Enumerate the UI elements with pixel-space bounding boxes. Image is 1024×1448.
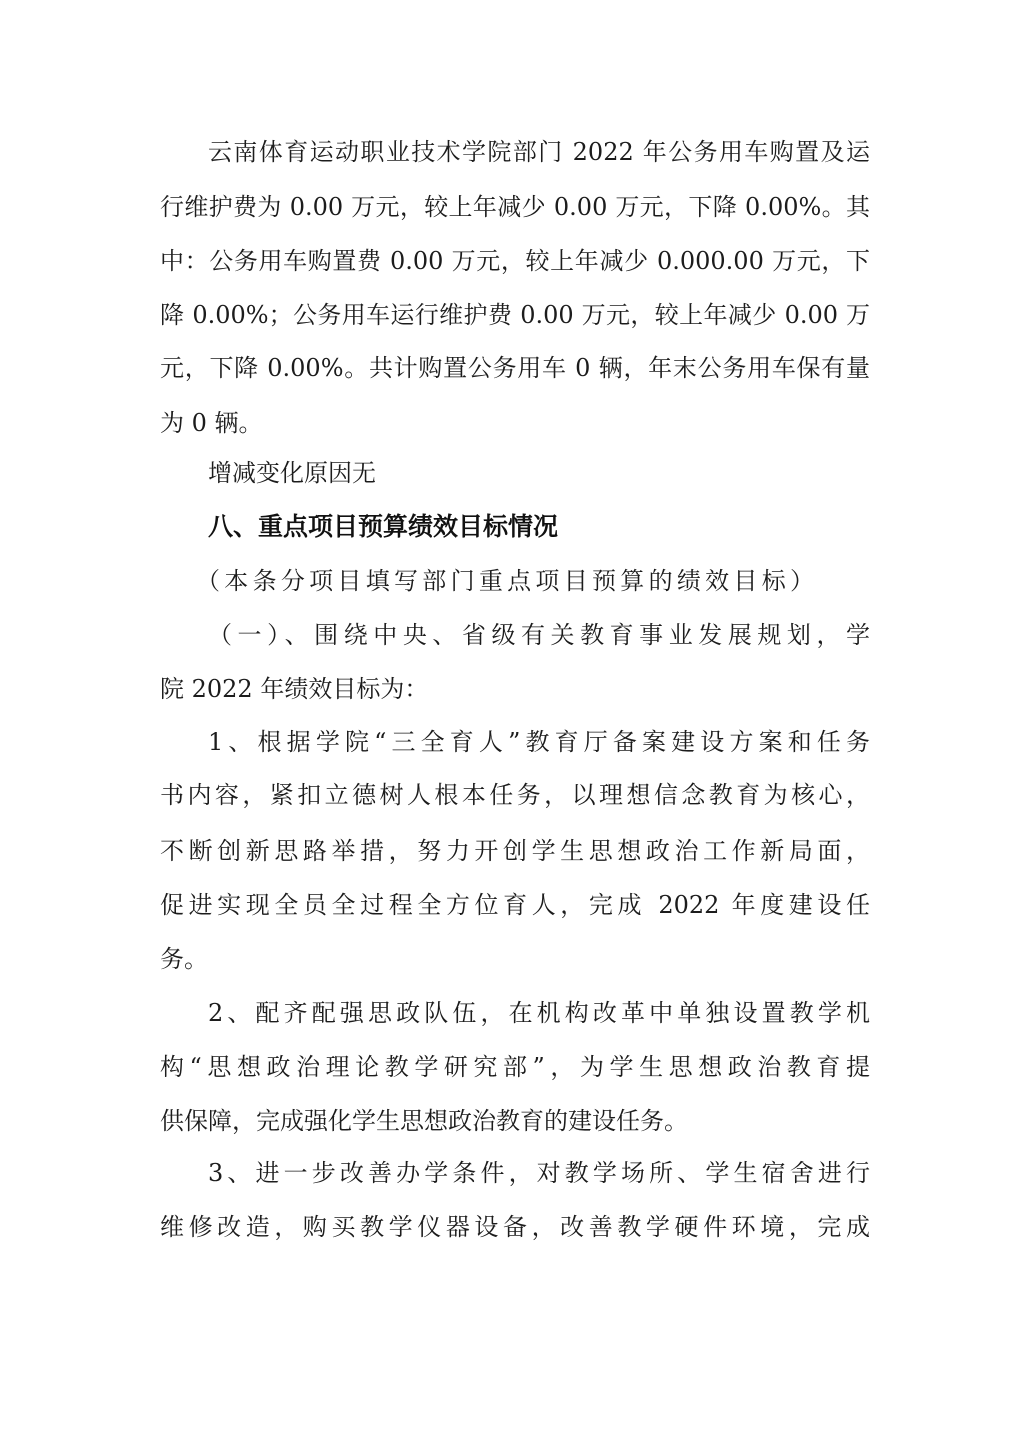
section-heading: 八、重点项目预算绩效目标情况 bbox=[208, 509, 870, 545]
text-line: 为 0 辆。 bbox=[160, 405, 870, 441]
document-page: 云南体育运动职业技术学院部门 2022 年公务用车购置及运 行维护费为 0.00… bbox=[0, 0, 1024, 1448]
text-line: 不断创新思路举措，努力开创学生思想政治工作新局面， bbox=[160, 833, 870, 869]
text-line: 书内容，紧扣立德树人根本任务，以理想信念教育为核心， bbox=[160, 777, 870, 813]
change-reason-text: 增减变化原因无 bbox=[208, 455, 870, 491]
text-line: 供保障，完成强化学生思想政治教育的建设任务。 bbox=[160, 1103, 870, 1139]
text-line: 云南体育运动职业技术学院部门 2022 年公务用车购置及运 bbox=[208, 134, 870, 170]
text-line: 促进实现全员全过程全方位育人，完成 2022 年度建设任 bbox=[160, 887, 870, 923]
text-line: 降 0.00%；公务用车运行维护费 0.00 万元，较上年减少 0.00 万 bbox=[160, 297, 870, 333]
text-line: 2、配齐配强思政队伍，在机构改革中单独设置教学机 bbox=[208, 995, 870, 1031]
text-line: 维修改造，购买教学仪器设备，改善教学硬件环境，完成 bbox=[160, 1209, 870, 1245]
text-line: 元，下降 0.00%。共计购置公务用车 0 辆，年末公务用车保有量 bbox=[160, 350, 870, 386]
text-line: 务。 bbox=[160, 941, 870, 977]
text-line: 院 2022 年绩效目标为： bbox=[160, 671, 870, 707]
text-line: 中：公务用车购置费 0.00 万元，较上年减少 0.000.00 万元，下 bbox=[160, 243, 870, 279]
text-line: 构“思想政治理论教学研究部”，为学生思想政治教育提 bbox=[160, 1049, 870, 1085]
text-line: 3、进一步改善办学条件，对教学场所、学生宿舍进行 bbox=[208, 1155, 870, 1191]
section-note: （本条分项目填写部门重点项目预算的绩效目标） bbox=[196, 563, 814, 599]
text-line: 行维护费为 0.00 万元，较上年减少 0.00 万元，下降 0.00%。其 bbox=[160, 189, 870, 225]
text-line: （一）、围绕中央、省级有关教育事业发展规划，学 bbox=[208, 617, 870, 653]
text-line: 1、根据学院“三全育人”教育厅备案建设方案和任务 bbox=[208, 724, 870, 760]
